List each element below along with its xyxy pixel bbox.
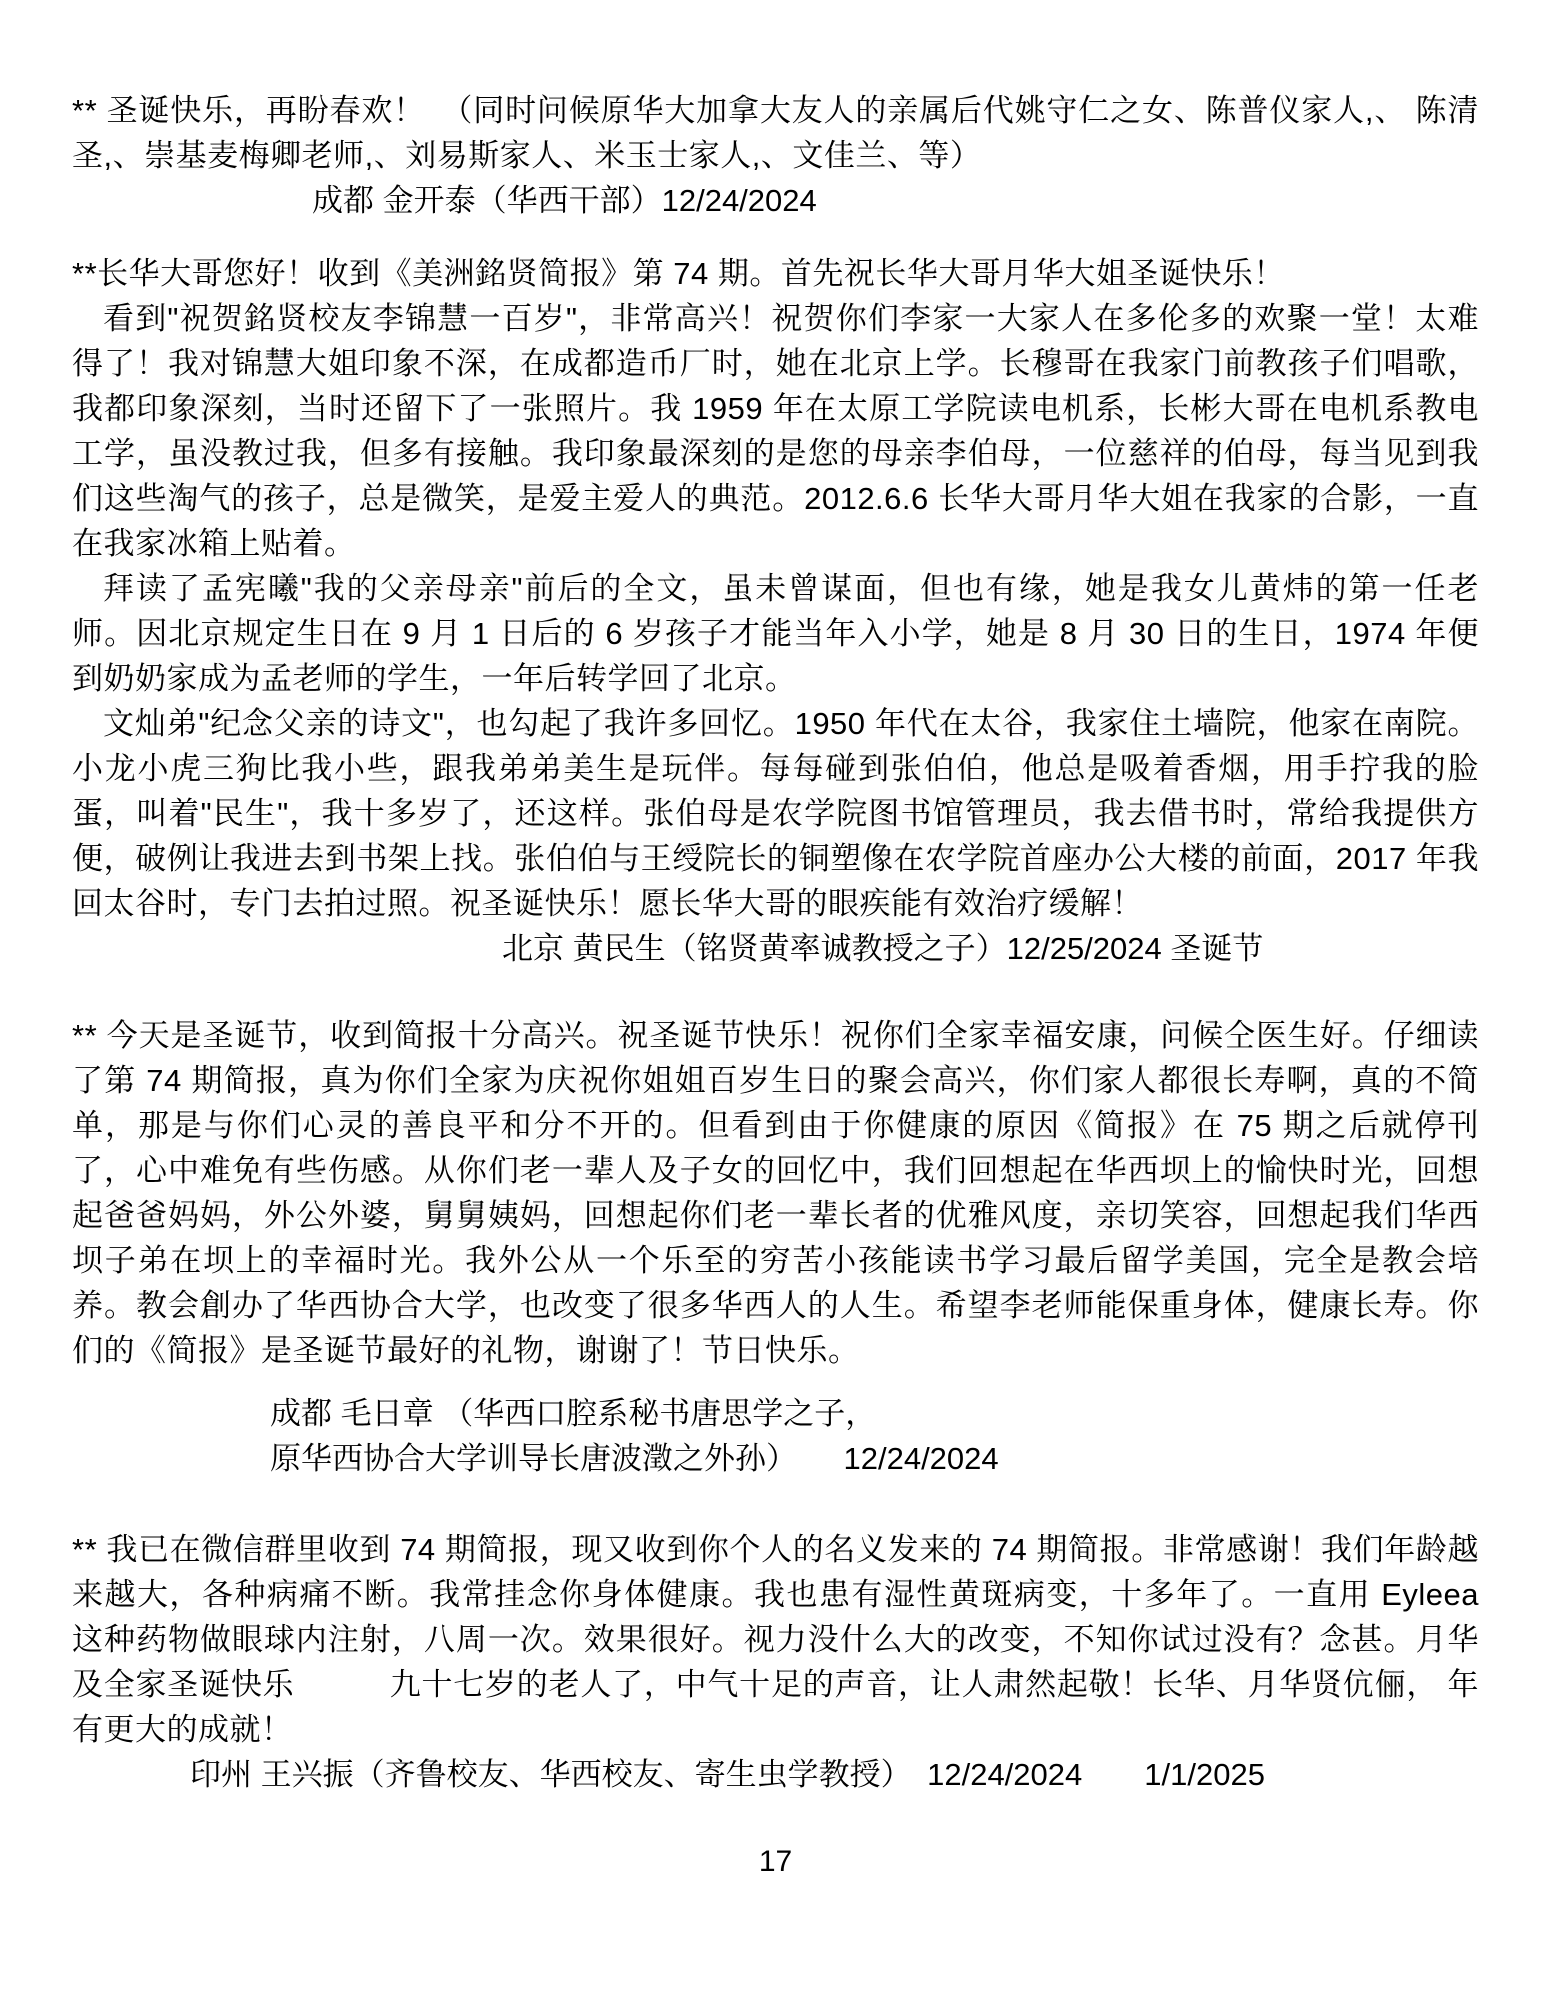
letter-4-paragraph-1: ** 我已在微信群里收到 74 期简报，现又收到你个人的名义发来的 74 期简报… <box>72 1527 1479 1752</box>
letter-2-signature: 北京 黄民生（铭贤黄率诚教授之子）12/25/2024 圣诞节 <box>502 926 1479 971</box>
letter-1: ** 圣诞快乐，再盼春欢！ （同时问候原华大加拿大友人的亲属后代姚守仁之女、陈普… <box>72 88 1479 223</box>
letter-3: ** 今天是圣诞节，收到简报十分高兴。祝圣诞节快乐！祝你们全家幸福安康，问候仝医… <box>72 1013 1479 1481</box>
letter-3-paragraph-1: ** 今天是圣诞节，收到简报十分高兴。祝圣诞节快乐！祝你们全家幸福安康，问候仝医… <box>72 1013 1479 1373</box>
letter-3-signature-line-2: 原华西协合大学训导长唐波澂之外孙） 12/24/2024 <box>270 1436 1479 1481</box>
letter-2-paragraph-4: 文灿弟"纪念父亲的诗文"，也勾起了我许多回忆。1950 年代在太谷，我家住土墙院… <box>72 701 1479 926</box>
letter-4-signature: 印州 王兴振（齐鲁校友、华西校友、寄生虫学教授） 12/24/2024 1/1/… <box>190 1752 1479 1797</box>
letter-2: **长华大哥您好！收到《美洲銘贤简报》第 74 期。首先祝长华大哥月华大姐圣诞快… <box>72 251 1479 971</box>
letter-1-signature: 成都 金开泰（华西干部）12/24/2024 <box>312 178 1479 223</box>
letter-2-paragraph-1: **长华大哥您好！收到《美洲銘贤简报》第 74 期。首先祝长华大哥月华大姐圣诞快… <box>72 251 1479 296</box>
letter-2-paragraph-2: 看到"祝贺銘贤校友李锦慧一百岁"，非常高兴！祝贺你们李家一大家人在多伦多的欢聚一… <box>72 296 1479 566</box>
letter-3-signature-line-1: 成都 毛日章 （华西口腔系秘书唐思学之子， <box>270 1391 1479 1436</box>
letter-4: ** 我已在微信群里收到 74 期简报，现又收到你个人的名义发来的 74 期简报… <box>72 1527 1479 1797</box>
page-number: 17 <box>72 1839 1479 1884</box>
letter-2-paragraph-3: 拜读了孟宪曦"我的父亲母亲"前后的全文，虽未曾谋面，但也有缘，她是我女儿黄炜的第… <box>72 566 1479 701</box>
document-page: ** 圣诞快乐，再盼春欢！ （同时问候原华大加拿大友人的亲属后代姚守仁之女、陈普… <box>0 0 1545 2000</box>
letter-1-paragraph-1: ** 圣诞快乐，再盼春欢！ （同时问候原华大加拿大友人的亲属后代姚守仁之女、陈普… <box>72 88 1479 178</box>
